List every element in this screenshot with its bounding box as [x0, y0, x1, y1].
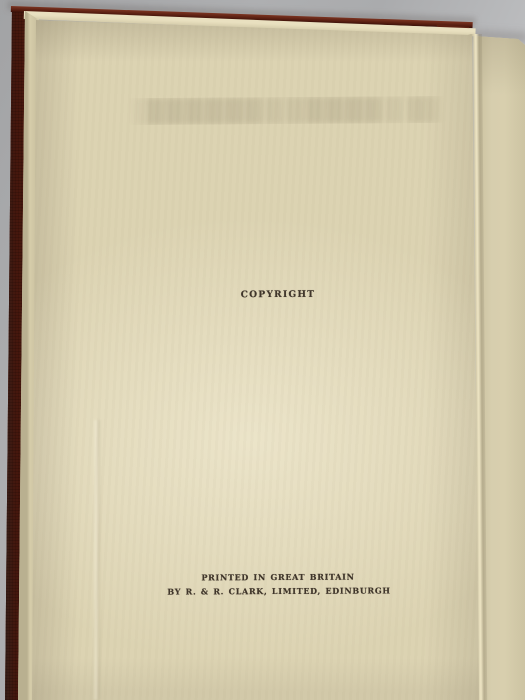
copyright-label: COPYRIGHT: [241, 290, 316, 300]
printer-imprint-line-2: BY R. & R. CLARK, LIMITED, EDINBURGH: [167, 585, 390, 596]
show-through-ghost-text: [128, 96, 446, 125]
printer-imprint-line-1: PRINTED IN GREAT BRITAIN: [201, 572, 354, 583]
page-crease: [93, 420, 101, 700]
book-photo: COPYRIGHT PRINTED IN GREAT BRITAIN BY R.…: [0, 0, 525, 700]
copyright-page: COPYRIGHT PRINTED IN GREAT BRITAIN BY R.…: [0, 0, 525, 700]
